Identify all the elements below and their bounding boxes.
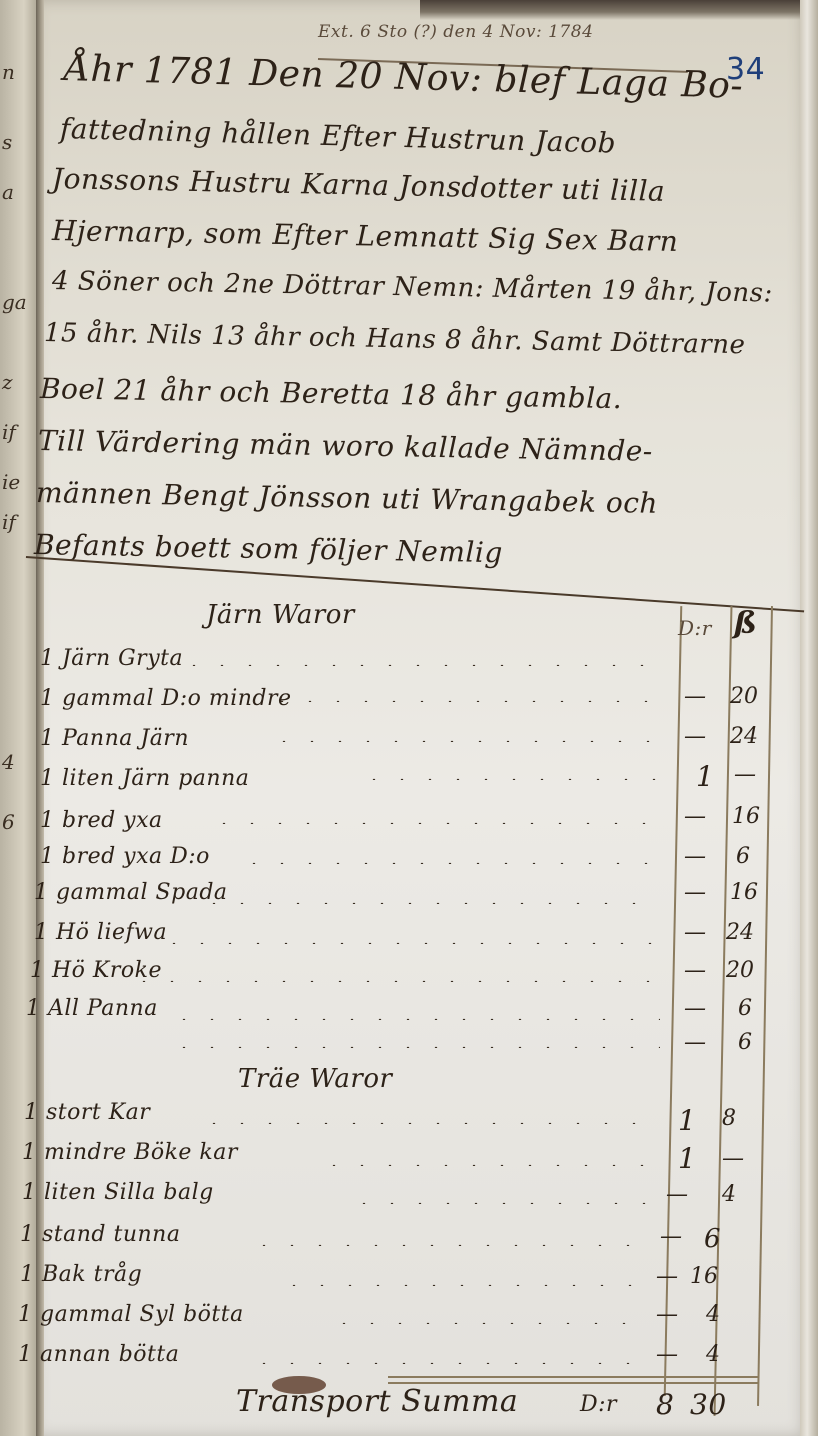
total-label: Transport Summa (236, 1384, 518, 1419)
ledger-row-daler: — (684, 996, 706, 1021)
margin-fragment: a (2, 180, 14, 204)
leader-dots (250, 1244, 640, 1246)
page-right-edge (800, 0, 818, 1436)
ledger-row-skilling: 20 (726, 958, 754, 983)
leader-dots (280, 1284, 640, 1286)
ledger-row-desc: 1 gammal Syl bötta (18, 1302, 244, 1327)
ledger-row-desc: 1 Hö liefwa (34, 920, 167, 945)
total-unit: D:r (580, 1392, 617, 1417)
ledger-row-daler: — (684, 880, 706, 905)
ledger-row-skilling: 6 (738, 996, 752, 1021)
leader-dots (200, 1122, 650, 1124)
ledger-row-desc: 1 mindre Böke kar (22, 1140, 238, 1165)
leader-dots (130, 980, 660, 982)
margin-fragment: if (2, 420, 16, 444)
ledger-row-skilling: 6 (704, 1224, 721, 1254)
ledger-row-skilling: 4 (706, 1342, 720, 1367)
ledger-row-desc: 1 Järn Gryta (40, 646, 183, 671)
margin-fragment: 6 (2, 810, 15, 834)
leader-dots (330, 1322, 640, 1324)
ledger-row-desc: 1 bred yxa D:o (40, 844, 210, 869)
leader-dots (250, 1362, 640, 1364)
ledger-row-daler: — (656, 1342, 678, 1367)
facing-page-edge: n s a ga z if ie if 4 6 (0, 0, 40, 1436)
margin-fragment: z (2, 370, 13, 394)
ledger-row-skilling: — (734, 762, 756, 787)
ledger-row-daler: — (656, 1264, 678, 1289)
ledger-row-skilling: 16 (732, 804, 760, 829)
leader-dots (210, 822, 660, 824)
margin-fragment: n (2, 60, 15, 84)
leader-dots (200, 902, 660, 904)
leader-dots (170, 1046, 660, 1048)
ledger-row-skilling: 24 (726, 920, 754, 945)
annotation-note: Ext. 6 Sto (?) den 4 Nov: 1784 (318, 22, 593, 42)
leader-dots (350, 1202, 650, 1204)
ledger-row-skilling: 4 (706, 1302, 720, 1327)
margin-fragment: ie (2, 470, 20, 494)
ledger-row-skilling: 8 (722, 1106, 736, 1131)
ledger-row-desc: 1 gammal Spada (34, 880, 228, 905)
leader-dots (320, 1164, 650, 1166)
ledger-row-desc: 1 stand tunna (20, 1222, 180, 1247)
top-shadow (420, 0, 818, 20)
total-rule (388, 1376, 758, 1378)
ledger-row-daler: — (660, 1224, 682, 1249)
margin-fragment: s (2, 130, 12, 154)
ledger-row-daler: — (684, 804, 706, 829)
ledger-row-daler: — (656, 1302, 678, 1327)
section-title: Järn Waror (206, 600, 355, 630)
ledger-row-daler: — (666, 1182, 688, 1207)
leader-dots (240, 862, 660, 864)
section-title: Träe Waror (238, 1064, 392, 1094)
ledger-row-skilling: 6 (736, 844, 750, 869)
leader-dots (270, 740, 660, 742)
ledger-row-skilling: 4 (722, 1182, 736, 1207)
ledger-row-daler: — (684, 724, 706, 749)
ledger-row-daler: — (684, 920, 706, 945)
ledger-row-daler: — (684, 958, 706, 983)
ledger-row-desc: 1 annan bötta (18, 1342, 179, 1367)
ledger-row-daler: — (684, 684, 706, 709)
column-header-skilling: ß (734, 606, 757, 641)
ledger-row-desc: 1 Panna Järn (40, 726, 189, 751)
leader-dots (170, 1018, 660, 1020)
ledger-row-skilling: 20 (730, 684, 758, 709)
ledger-row-daler: 1 (678, 1104, 696, 1137)
leader-dots (180, 664, 650, 666)
ledger-row-skilling: 6 (738, 1030, 752, 1055)
ledger-row-desc: 1 All Panna (26, 996, 158, 1021)
column-header-daler: D:r (678, 616, 712, 640)
ledger-row-desc: 1 liten Silla balg (22, 1180, 214, 1205)
ledger-row-skilling: 24 (730, 724, 758, 749)
ledger-row-skilling: 16 (690, 1264, 718, 1289)
ledger-row-desc: 1 bred yxa (40, 808, 163, 833)
total-skilling: 30 (690, 1388, 727, 1421)
ledger-row-desc: 1 Bak tråg (20, 1262, 142, 1287)
margin-fragment: if (2, 510, 16, 534)
ledger-row-skilling: 16 (730, 880, 758, 905)
leader-dots (360, 778, 660, 780)
leader-dots (160, 942, 660, 944)
ledger-row-skilling: — (722, 1146, 744, 1171)
total-daler: 8 (656, 1388, 674, 1421)
ledger-row-daler: 1 (696, 760, 714, 793)
ledger-row-daler: — (684, 844, 706, 869)
margin-fragment: 4 (2, 750, 15, 774)
ledger-row-desc: 1 liten Järn panna (40, 766, 249, 791)
ledger-row-desc: 1 gammal D:o mindre (40, 686, 292, 711)
leader-dots (240, 700, 660, 702)
ledger-row-daler: 1 (678, 1142, 696, 1175)
ledger-row-desc: 1 stort Kar (24, 1100, 150, 1125)
margin-fragment: ga (2, 290, 27, 314)
ledger-row-daler: — (684, 1030, 706, 1055)
